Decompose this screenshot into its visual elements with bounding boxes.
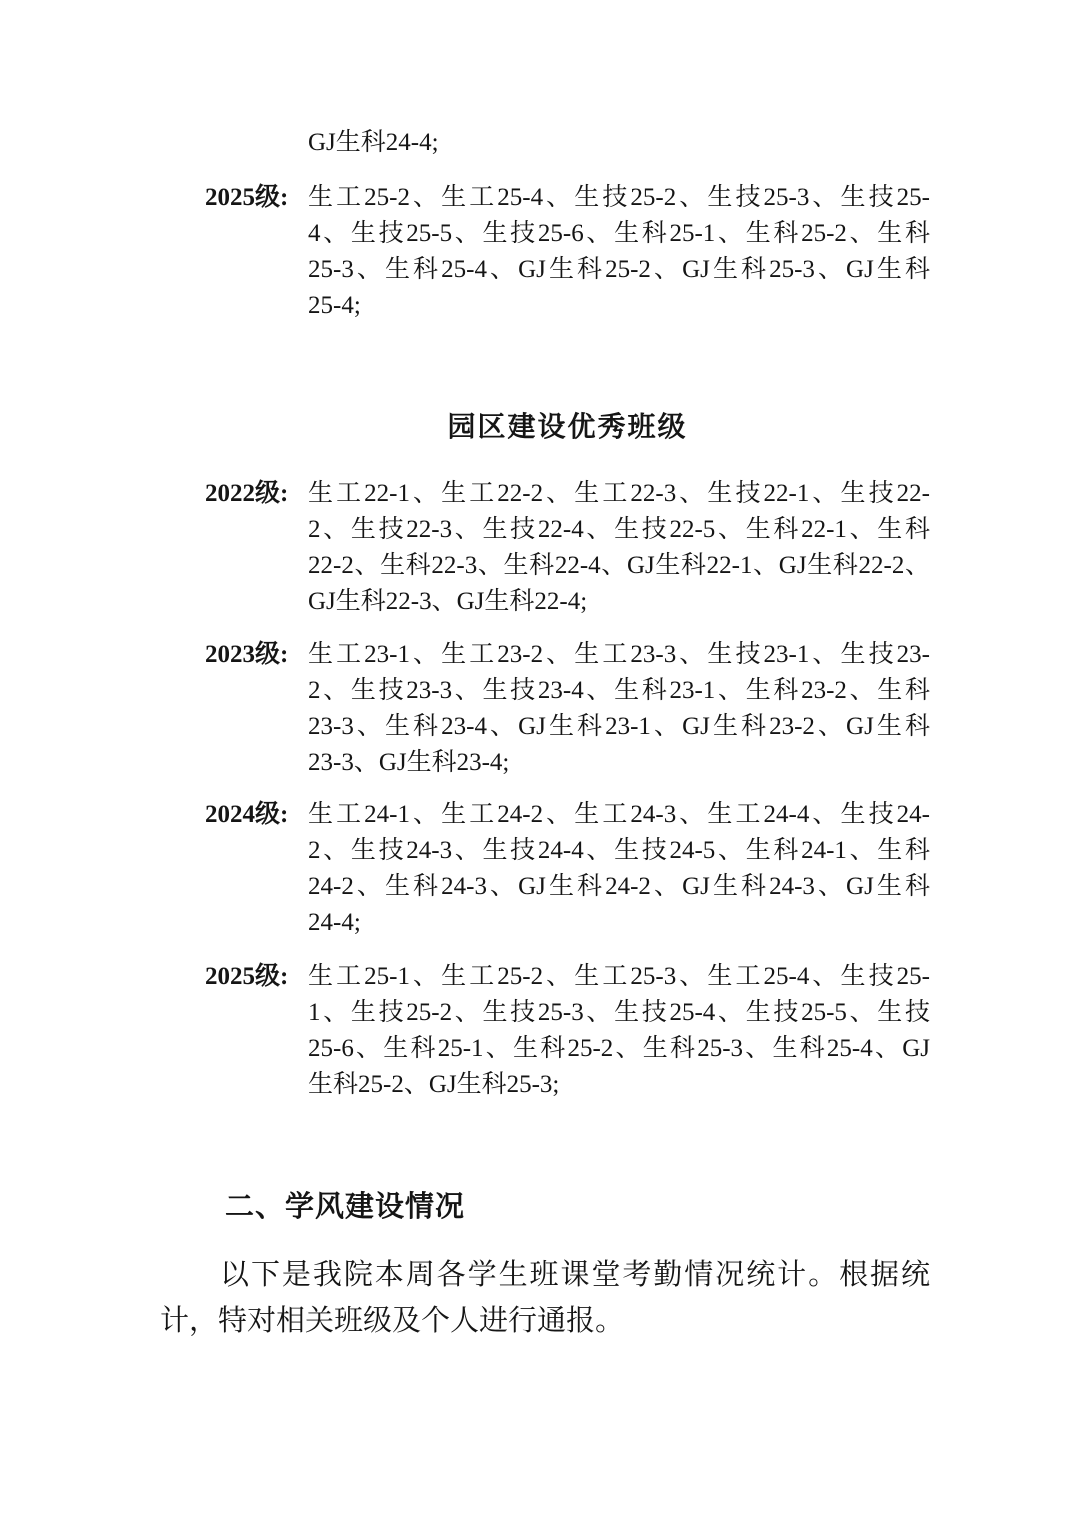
class-list-line: 生工24-1、生工24-2、生工24-3、生工24-4、生技24-	[308, 797, 930, 833]
class-list-block-2025-a: 2025级: 生工25-2、生工25-4、生技25-2、生技25-3、生技25-…	[160, 180, 930, 324]
paragraph-line: 计，特对相关班级及个人进行通报。	[160, 1298, 930, 1344]
class-list-line: 25-4;	[308, 288, 930, 324]
section-title: 二、学风建设情况	[225, 1186, 465, 1228]
class-list-line: GJ生科22-3、GJ生科22-4;	[308, 584, 930, 620]
class-list-line: 25-6、生科25-1、生科25-2、生科25-3、生科25-4、GJ	[308, 1031, 930, 1067]
class-list-line: 25-3、生科25-4、GJ生科25-2、GJ生科25-3、GJ生科	[308, 252, 930, 288]
grade-label: 2025级:	[205, 180, 288, 216]
paragraph-line: 以下是我院本周各学生班课堂考勤情况统计。根据统	[160, 1252, 930, 1298]
class-list-line: 生工23-1、生工23-2、生工23-3、生技23-1、生技23-	[308, 637, 930, 673]
class-list-lines: 生工23-1、生工23-2、生工23-3、生技23-1、生技23- 2、生技23…	[308, 637, 930, 781]
class-list-line: 生工25-1、生工25-2、生工25-3、生工25-4、生技25-	[308, 959, 930, 995]
class-list-line: GJ生科24-4;	[308, 125, 930, 161]
class-list-lines: 生工25-1、生工25-2、生工25-3、生工25-4、生技25- 1、生技25…	[308, 959, 930, 1103]
class-list-block-2024: 2024级: 生工24-1、生工24-2、生工24-3、生工24-4、生技24-…	[160, 797, 930, 941]
class-list-line: 24-2、生科24-3、GJ生科24-2、GJ生科24-3、GJ生科	[308, 869, 930, 905]
class-list-block-2022: 2022级: 生工22-1、生工22-2、生工22-3、生技22-1、生技22-…	[160, 476, 930, 620]
class-list-lines: 生工22-1、生工22-2、生工22-3、生技22-1、生技22- 2、生技22…	[308, 476, 930, 620]
class-list-line: 22-2、生科22-3、生科22-4、GJ生科22-1、GJ生科22-2、	[308, 548, 930, 584]
class-list-block-2023: 2023级: 生工23-1、生工23-2、生工23-3、生技23-1、生技23-…	[160, 637, 930, 781]
class-list-line: 生科25-2、GJ生科25-3;	[308, 1067, 930, 1103]
class-list-line: 4、生技25-5、生技25-6、生科25-1、生科25-2、生科	[308, 216, 930, 252]
grade-label: 2022级:	[205, 476, 288, 512]
grade-label: 2023级:	[205, 637, 288, 673]
award-heading: 园区建设优秀班级	[205, 408, 930, 448]
class-list-line: 23-3、GJ生科23-4;	[308, 745, 930, 781]
grade-label: 2025级:	[205, 959, 288, 995]
class-list-line: 2、生技24-3、生技24-4、生技24-5、生科24-1、生科	[308, 833, 930, 869]
class-list-line: 1、生技25-2、生技25-3、生技25-4、生技25-5、生技	[308, 995, 930, 1031]
class-list-line: 2、生技23-3、生技23-4、生科23-1、生科23-2、生科	[308, 673, 930, 709]
class-list-line: 2、生技22-3、生技22-4、生技22-5、生科22-1、生科	[308, 512, 930, 548]
class-list-line: 24-4;	[308, 905, 930, 941]
class-list-lines: GJ生科24-4;	[308, 125, 930, 161]
grade-label: 2024级:	[205, 797, 288, 833]
class-list-lines: 生工24-1、生工24-2、生工24-3、生工24-4、生技24- 2、生技24…	[308, 797, 930, 941]
class-list-line: 23-3、生科23-4、GJ生科23-1、GJ生科23-2、GJ生科	[308, 709, 930, 745]
class-list-block-continuation: GJ生科24-4;	[160, 125, 930, 161]
class-list-block-2025-b: 2025级: 生工25-1、生工25-2、生工25-3、生工25-4、生技25-…	[160, 959, 930, 1103]
body-paragraph: 以下是我院本周各学生班课堂考勤情况统计。根据统 计，特对相关班级及个人进行通报。	[160, 1252, 930, 1344]
document-page: GJ生科24-4; 2025级: 生工25-2、生工25-4、生技25-2、生技…	[0, 0, 1074, 1520]
class-list-lines: 生工25-2、生工25-4、生技25-2、生技25-3、生技25- 4、生技25…	[308, 180, 930, 324]
class-list-line: 生工22-1、生工22-2、生工22-3、生技22-1、生技22-	[308, 476, 930, 512]
class-list-line: 生工25-2、生工25-4、生技25-2、生技25-3、生技25-	[308, 180, 930, 216]
